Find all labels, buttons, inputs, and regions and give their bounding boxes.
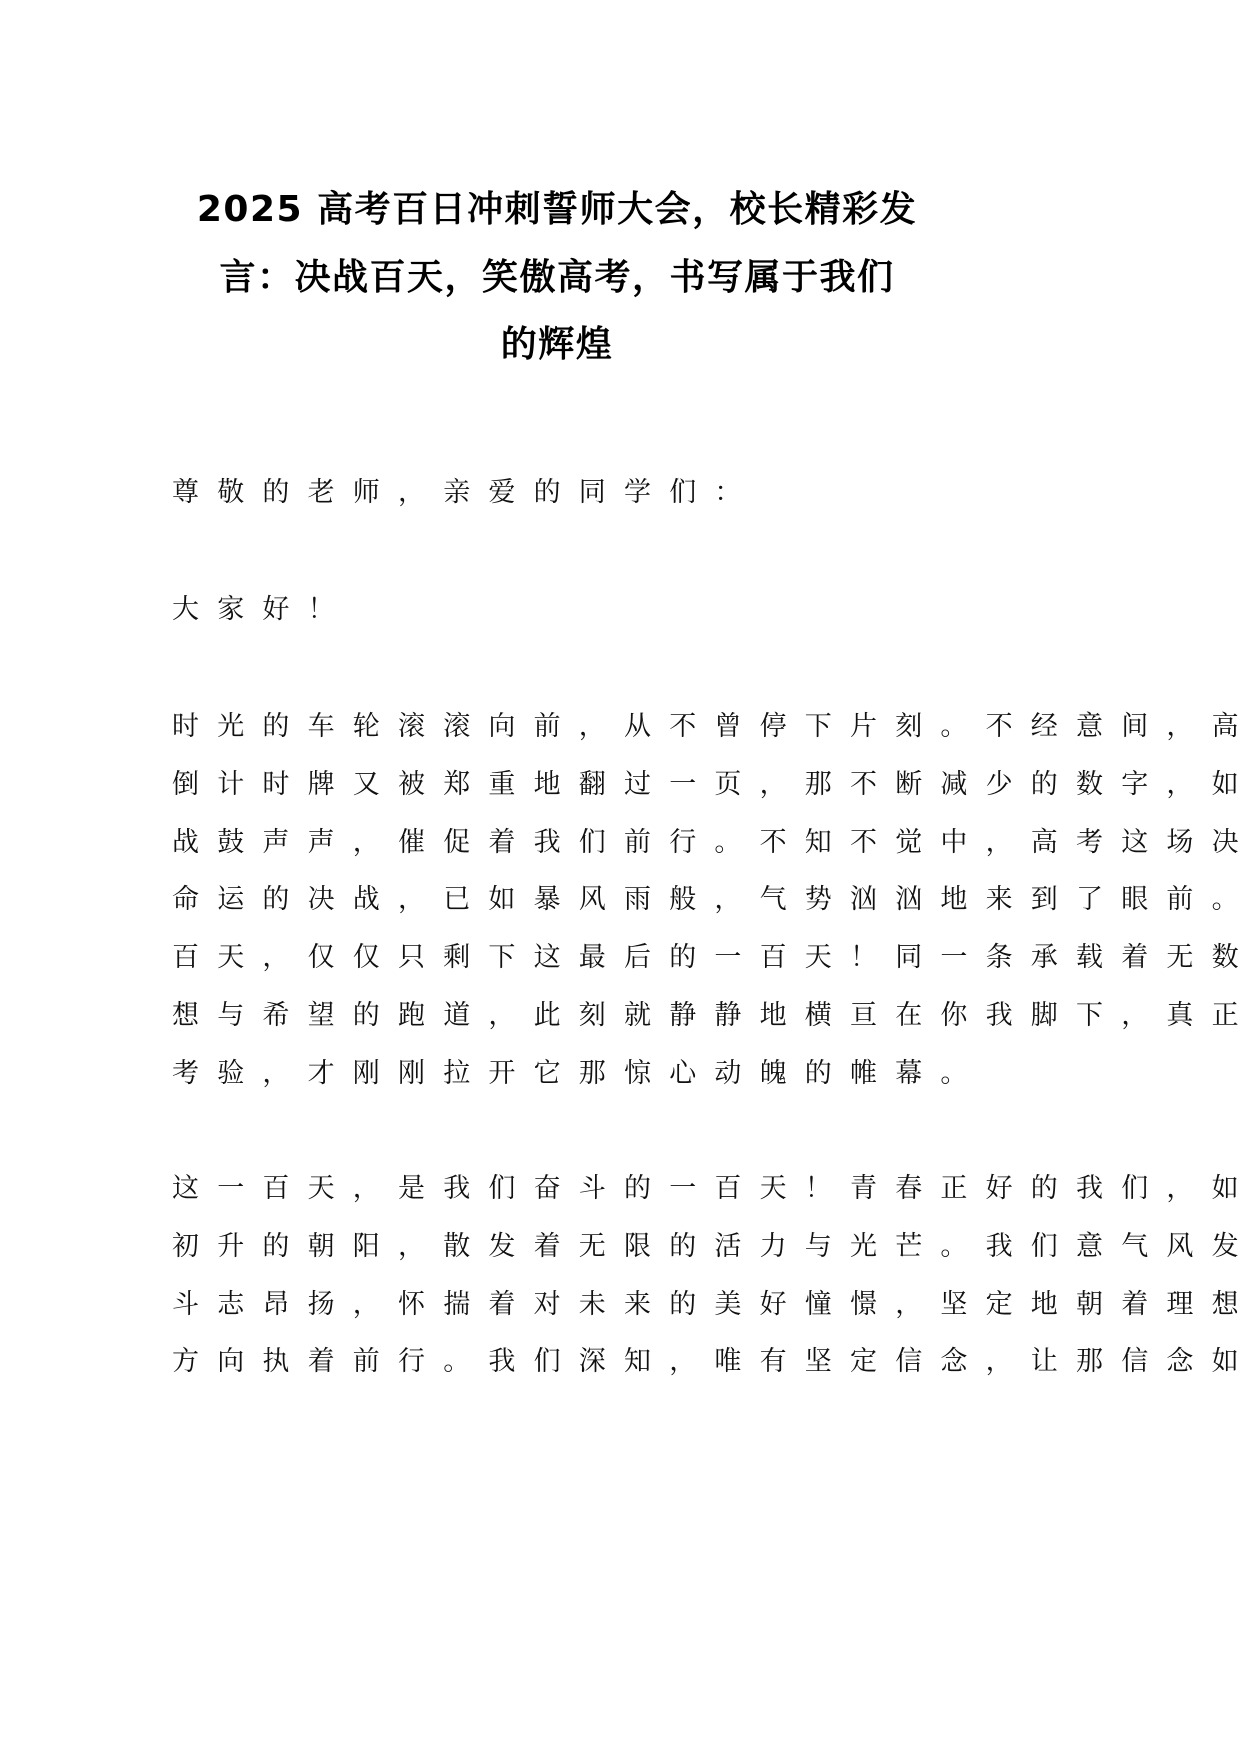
paragraph-line: 倒计时牌又被郑重地翻过一页，那不断减少的数字，如同	[172, 765, 962, 823]
document-title: 2025 高考百日冲刺誓师大会，校长精彩发 言：决战百天，笑傲高考，书写属于我们…	[172, 176, 942, 379]
paragraph-line: 想与希望的跑道，此刻就静静地横亘在你我脚下，真正的	[172, 996, 962, 1054]
title-line-3: 的辉煌	[172, 311, 942, 379]
salutation: 尊敬的老师，亲爱的同学们：	[172, 473, 760, 513]
paragraph-2: 这一百天，是我们奋斗的一百天！青春正好的我们，如同 初升的朝阳，散发着无限的活力…	[172, 1169, 962, 1400]
greeting: 大家好！	[172, 590, 353, 630]
paragraph-line: 战鼓声声，催促着我们前行。不知不觉中，高考这场决定	[172, 823, 962, 881]
paragraph-line: 初升的朝阳，散发着无限的活力与光芒。我们意气风发，	[172, 1227, 962, 1285]
paragraph-line: 时光的车轮滚滚向前，从不曾停下片刻。不经意间，高考	[172, 707, 962, 765]
paragraph-line: 命运的决战，已如暴风雨般，气势汹汹地来到了眼前。一	[172, 880, 962, 938]
paragraph-line: 这一百天，是我们奋斗的一百天！青春正好的我们，如同	[172, 1169, 962, 1227]
paragraph-line: 方向执着前行。我们深知，唯有坚定信念，让那信念如钢	[172, 1342, 962, 1400]
paragraph-line: 考验，才刚刚拉开它那惊心动魄的帷幕。	[172, 1054, 962, 1112]
paragraph-line: 百天，仅仅只剩下这最后的一百天！同一条承载着无数梦	[172, 938, 962, 996]
title-line-1: 2025 高考百日冲刺誓师大会，校长精彩发	[172, 176, 942, 244]
paragraph-1: 时光的车轮滚滚向前，从不曾停下片刻。不经意间，高考 倒计时牌又被郑重地翻过一页，…	[172, 707, 962, 1112]
document-page: 2025 高考百日冲刺誓师大会，校长精彩发 言：决战百天，笑傲高考，书写属于我们…	[0, 0, 1240, 1753]
title-line-2: 言：决战百天，笑傲高考，书写属于我们	[172, 244, 942, 312]
paragraph-line: 斗志昂扬，怀揣着对未来的美好憧憬，坚定地朝着理想的	[172, 1285, 962, 1343]
